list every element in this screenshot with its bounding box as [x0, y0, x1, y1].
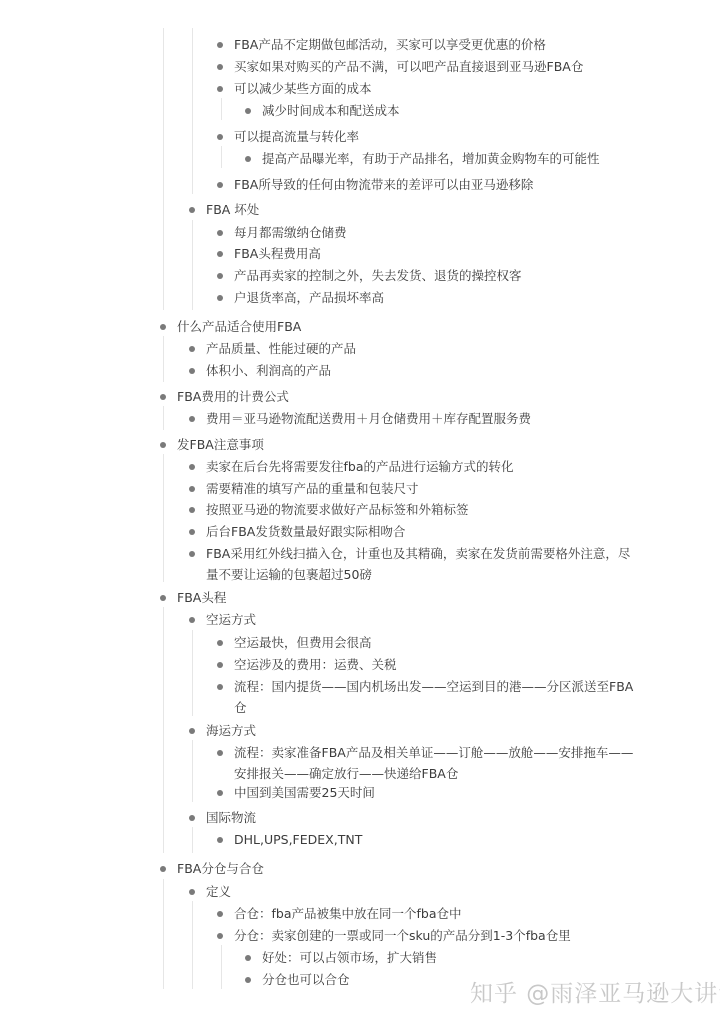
bullet-icon [245, 955, 251, 961]
bullet-icon [217, 182, 223, 188]
indent-guide-l2-cost [221, 98, 222, 120]
bullet-icon [217, 684, 223, 690]
indent-guide-l2-split [221, 945, 222, 989]
bullet-icon [189, 464, 195, 470]
outline-item-text: DHL,UPS,FEDEX,TNT [234, 829, 362, 851]
outline-item-text: FBA产品不定期做包邮活动，买家可以享受更优惠的价格 [234, 34, 546, 56]
indent-guide-l0-suitable [163, 336, 164, 382]
bullet-icon [189, 728, 195, 734]
outline-item-text: 户退货率高，产品损坏率高 [234, 287, 384, 309]
outline-item-text: 分仓也可以合仓 [262, 969, 350, 991]
bullet-icon [189, 368, 195, 374]
outline-item-text: 定义 [206, 881, 231, 903]
bullet-icon [217, 295, 223, 301]
outline-item-text: 好处：可以占领市场，扩大销售 [262, 947, 437, 969]
outline-item-text: FBA头程费用高 [234, 243, 321, 265]
bullet-icon [160, 595, 166, 601]
bullet-icon [189, 529, 195, 535]
indent-guide-l0-notes [163, 454, 164, 582]
outline-item-text: 提高产品曝光率，有助于产品排名，增加黄金购物车的可能性 [262, 148, 600, 170]
bullet-icon [189, 507, 195, 513]
bullet-icon [217, 837, 223, 843]
bullet-icon [160, 394, 166, 400]
bullet-icon [217, 251, 223, 257]
bullet-icon [217, 64, 223, 70]
outline-item-text: 每月都需缴纳仓储费 [234, 222, 347, 244]
outline-item-text: 体积小、利润高的产品 [206, 360, 331, 382]
bullet-icon [217, 640, 223, 646]
bullet-icon [217, 750, 223, 756]
outline-item-text: 空运方式 [206, 609, 256, 631]
bullet-icon [189, 346, 195, 352]
bullet-icon [189, 617, 195, 623]
indent-guide-l1-intl [192, 827, 193, 853]
outline-item-text: 中国到美国需要25天时间 [234, 782, 375, 804]
bullet-icon [217, 230, 223, 236]
indent-guide-l0-split [163, 879, 164, 989]
outline-item-text: FBA头程 [177, 587, 226, 609]
bullet-icon [217, 933, 223, 939]
outline-item-text: 买家如果对购买的产品不满，可以吧产品直接退到亚马逊FBA仓 [234, 56, 583, 78]
outline-item-text: 空运最快，但费用会很高 [234, 632, 372, 654]
bullet-icon [217, 662, 223, 668]
bullet-icon [217, 790, 223, 796]
outline-item-text: 发FBA注意事项 [177, 434, 264, 456]
indent-guide-l1-air [192, 630, 193, 716]
outline-document: FBA产品不定期做包邮活动，买家可以享受更优惠的价格买家如果对购买的产品不满，可… [0, 0, 720, 1018]
outline-item-text: 海运方式 [206, 720, 256, 742]
bullet-icon [217, 42, 223, 48]
outline-item-text: 需要精准的填写产品的重量和包装尺寸 [206, 478, 419, 500]
indent-guide-l0-firstleg [163, 607, 164, 853]
outline-item-text: 分仓：卖家创建的一票或同一个sku的产品分到1-3个fba仓里 [234, 925, 571, 947]
outline-item-text: 可以减少某些方面的成本 [234, 78, 372, 100]
indent-guide-l1-cons [192, 220, 193, 310]
outline-item-text: 费用＝亚马逊物流配送费用＋月仓储费用＋库存配置服务费 [206, 408, 531, 430]
outline-item-text: FBA费用的计费公式 [177, 386, 289, 408]
bullet-icon [189, 207, 195, 213]
outline-item-text: 产品再卖家的控制之外，失去发货、退货的操控权客 [234, 265, 522, 287]
indent-guide-l1-top [192, 28, 193, 194]
outline-item-text: FBA采用红外线扫描入仓，计重也及其精确，卖家在发货前需要格外注意，尽量不要让运… [206, 543, 640, 585]
bullet-icon [189, 815, 195, 821]
indent-guide-l0-formula [163, 406, 164, 430]
outline-item-text: FBA 坏处 [206, 199, 259, 221]
bullet-icon [217, 86, 223, 92]
indent-guide-l0-top [163, 28, 164, 310]
outline-item-text: 合仓：fba产品被集中放在同一个fba仓中 [234, 903, 462, 925]
outline-item-text: 按照亚马逊的物流要求做好产品标签和外箱标签 [206, 499, 469, 521]
outline-item-text: FBA所导致的任何由物流带来的差评可以由亚马逊移除 [234, 174, 533, 196]
outline-item-text: 空运涉及的费用：运费、关税 [234, 654, 397, 676]
bullet-icon [217, 911, 223, 917]
outline-item-text: 国际物流 [206, 807, 256, 829]
bullet-icon [189, 551, 195, 557]
bullet-icon [189, 889, 195, 895]
zhihu-watermark: 知乎 @雨泽亚马逊大讲堂 [470, 975, 720, 1008]
bullet-icon [245, 977, 251, 983]
outline-item-text: 卖家在后台先将需要发往fba的产品进行运输方式的转化 [206, 456, 514, 478]
bullet-icon [160, 324, 166, 330]
outline-item-text: 流程：卖家准备FBA产品及相关单证——订舱——放舱——安排拖车——安排报关——确… [234, 742, 640, 784]
outline-item-text: 产品质量、性能过硬的产品 [206, 338, 356, 360]
outline-item-text: FBA分仓与合仓 [177, 858, 264, 880]
indent-guide-l1-definition [192, 901, 193, 989]
bullet-icon [245, 108, 251, 114]
indent-guide-l2-traffic [221, 146, 222, 168]
outline-item-text: 流程：国内提货——国内机场出发——空运到目的港——分区派送至FBA仓 [234, 676, 640, 718]
bullet-icon [217, 134, 223, 140]
outline-item-text: 什么产品适合使用FBA [177, 316, 301, 338]
outline-item-text: 减少时间成本和配送成本 [262, 100, 400, 122]
bullet-icon [189, 416, 195, 422]
indent-guide-l1-sea [192, 740, 193, 802]
bullet-icon [245, 156, 251, 162]
bullet-icon [189, 486, 195, 492]
outline-item-text: 可以提高流量与转化率 [234, 126, 359, 148]
bullet-icon [217, 273, 223, 279]
bullet-icon [160, 866, 166, 872]
outline-item-text: 后台FBA发货数量最好跟实际相吻合 [206, 521, 405, 543]
bullet-icon [160, 442, 166, 448]
